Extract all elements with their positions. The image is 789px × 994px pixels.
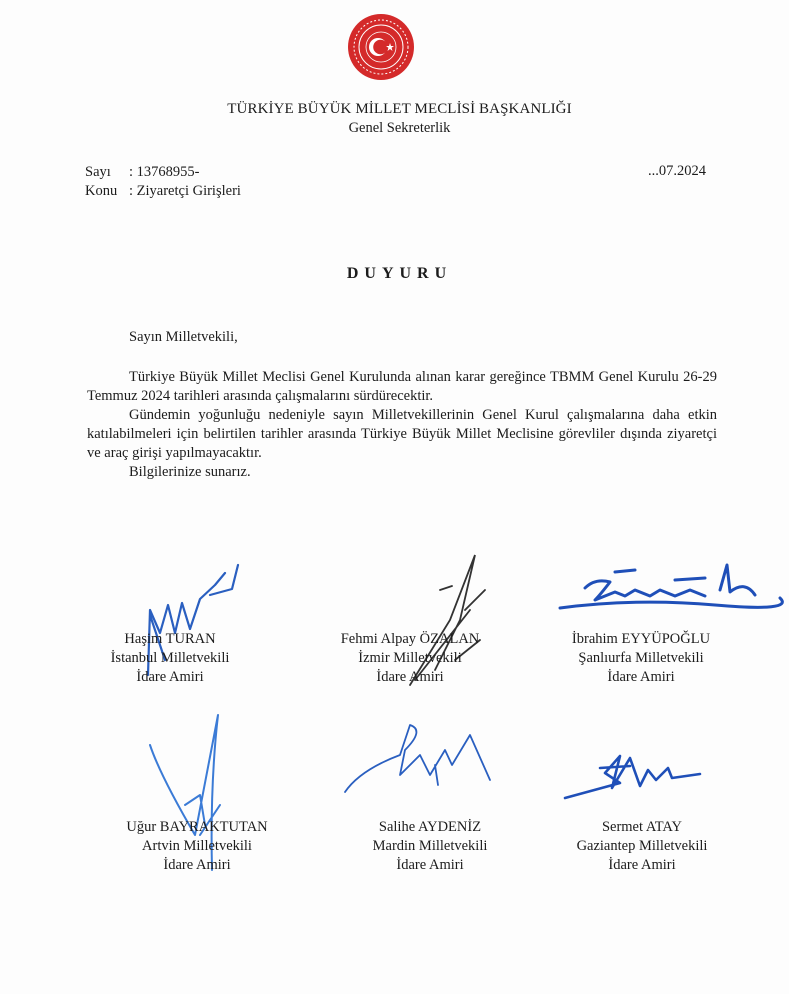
signatory-role: İdare Amiri [82, 856, 312, 875]
document-title: DUYURU [0, 265, 789, 283]
signatory-province: Şanlıurfa Milletvekili [526, 649, 756, 668]
signatory-role: İdare Amiri [55, 668, 285, 687]
document-meta: Sayı: 13768955- Konu: Ziyaretçi Girişler… [85, 163, 241, 201]
signatory-block: Salihe AYDENİZ Mardin Milletvekili İdare… [315, 818, 545, 875]
paragraph: Bilgilerinize sunarız. [87, 463, 717, 482]
signatory-province: İstanbul Milletvekili [55, 649, 285, 668]
signatory-role: İdare Amiri [527, 856, 757, 875]
signature-sermet-atay-icon [560, 748, 710, 803]
signatory-block: Uğur BAYRAKTUTAN Artvin Milletvekili İda… [82, 818, 312, 875]
signature-ibrahim-eyyupoglu-icon [555, 560, 785, 620]
paragraph: Türkiye Büyük Millet Meclisi Genel Kurul… [87, 368, 717, 406]
paragraph: Gündemin yoğunluğu nedeniyle sayın Mille… [87, 406, 717, 463]
signature-salihe-aydeniz-icon [340, 720, 500, 800]
signatory-block: Haşim TURAN İstanbul Milletvekili İdare … [55, 630, 285, 687]
signatory-block: İbrahim EYYÜPOĞLU Şanlıurfa Milletvekili… [526, 630, 756, 687]
signatory-province: Mardin Milletvekili [315, 837, 545, 856]
sayi-row: Sayı: 13768955- [85, 163, 241, 182]
institution-subtitle: Genel Sekreterlik [0, 120, 789, 137]
signatory-name: Salihe AYDENİZ [315, 818, 545, 837]
signatory-block: Sermet ATAY Gaziantep Milletvekili İdare… [527, 818, 757, 875]
document-date: ...07.2024 [648, 163, 706, 180]
konu-row: Konu: Ziyaretçi Girişleri [85, 182, 241, 201]
konu-value: : Ziyaretçi Girişleri [129, 183, 241, 199]
signatory-province: Artvin Milletvekili [82, 837, 312, 856]
sayi-label: Sayı [85, 163, 129, 182]
signatory-role: İdare Amiri [315, 856, 545, 875]
sayi-value: : 13768955- [129, 164, 199, 180]
signatory-name: Haşim TURAN [55, 630, 285, 649]
salutation: Sayın Milletvekili, [129, 329, 238, 346]
signatory-name: Fehmi Alpay ÖZALAN [295, 630, 525, 649]
konu-label: Konu [85, 182, 129, 201]
signatory-name: İbrahim EYYÜPOĞLU [526, 630, 756, 649]
institution-title: TÜRKİYE BÜYÜK MİLLET MECLİSİ BAŞKANLIĞI [0, 101, 789, 118]
signatory-role: İdare Amiri [526, 668, 756, 687]
signatory-role: İdare Amiri [295, 668, 525, 687]
signatory-province: Gaziantep Milletvekili [527, 837, 757, 856]
signatory-name: Uğur BAYRAKTUTAN [82, 818, 312, 837]
signatory-name: Sermet ATAY [527, 818, 757, 837]
signatory-province: İzmir Milletvekili [295, 649, 525, 668]
tbmm-seal-icon [346, 12, 416, 82]
signatory-block: Fehmi Alpay ÖZALAN İzmir Milletvekili İd… [295, 630, 525, 687]
body-text: Türkiye Büyük Millet Meclisi Genel Kurul… [87, 368, 717, 482]
